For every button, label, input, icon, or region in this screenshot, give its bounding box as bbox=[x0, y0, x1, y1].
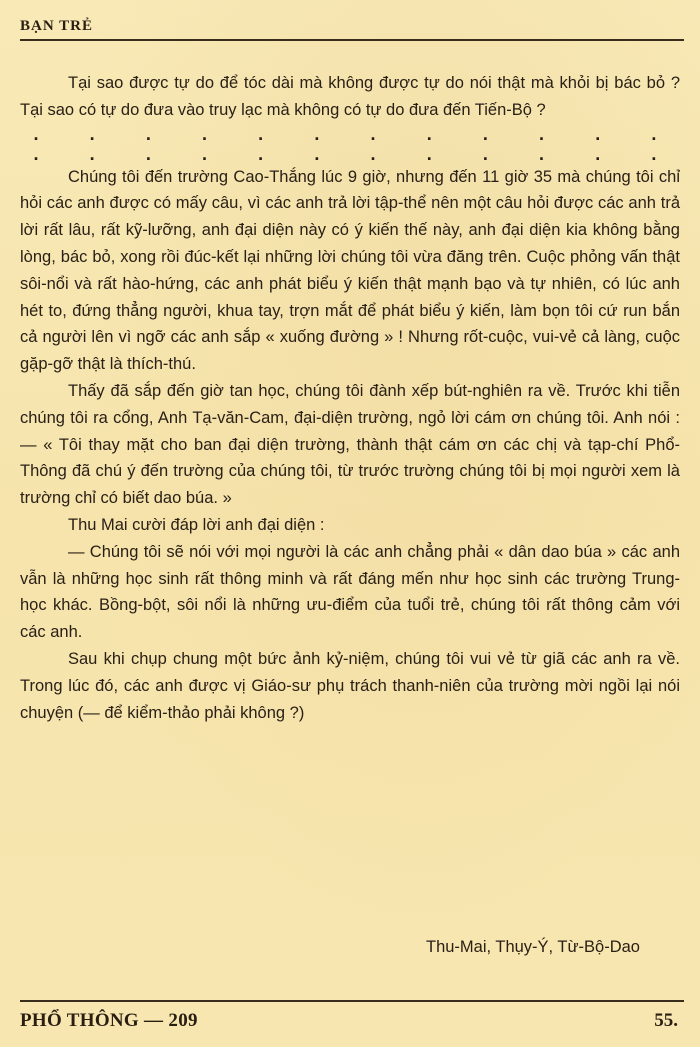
paragraph-interview: Chúng tôi đến trường Cao-Thắng lúc 9 giờ… bbox=[20, 164, 680, 378]
ellipsis-dot: . bbox=[201, 144, 209, 164]
ellipsis-dot: . bbox=[538, 144, 546, 164]
ellipsis-dot: . bbox=[481, 144, 489, 164]
ellipsis-dot: . bbox=[32, 124, 40, 144]
paragraph-closing: Sau khi chụp chung một bức ảnh kỷ-niệm, … bbox=[20, 646, 680, 726]
ellipsis-dot: . bbox=[144, 124, 152, 144]
paragraph-intro-questions: Tại sao được tự do để tóc dài mà không đ… bbox=[20, 70, 680, 124]
ellipsis-dot: . bbox=[257, 144, 265, 164]
article-body: Tại sao được tự do để tóc dài mà không đ… bbox=[20, 70, 680, 726]
ellipsis-dot: . bbox=[257, 124, 265, 144]
ellipsis-dot: . bbox=[88, 124, 96, 144]
section-label: BẠN TRẺ bbox=[20, 18, 93, 35]
ellipsis-dot: . bbox=[650, 124, 658, 144]
ellipsis-row: . . . . . . . . . . . . bbox=[20, 124, 680, 144]
page-header: BẠN TRẺ bbox=[20, 18, 684, 42]
paragraph-thu-mai-reply: — Chúng tôi sẽ nói với mọi người là các … bbox=[20, 539, 680, 646]
ellipsis-dot: . bbox=[313, 124, 321, 144]
page-number: 55. bbox=[654, 1010, 678, 1032]
ellipsis-dot: . bbox=[594, 144, 602, 164]
ellipsis-dot: . bbox=[650, 144, 658, 164]
ellipsis-dot: . bbox=[594, 124, 602, 144]
footer-rule bbox=[20, 1000, 684, 1002]
ellipsis-dot: . bbox=[369, 124, 377, 144]
header-rule bbox=[20, 39, 684, 41]
ellipsis-dot: . bbox=[201, 124, 209, 144]
ellipsis-dot: . bbox=[369, 144, 377, 164]
ellipsis-dot: . bbox=[144, 144, 152, 164]
ellipsis-row: . . . . . . . . . . . . bbox=[20, 144, 680, 164]
paragraph-thu-mai-reply-intro: Thu Mai cười đáp lời anh đại diện : bbox=[20, 512, 680, 539]
paragraph-farewell: Thấy đã sắp đến giờ tan học, chúng tôi đ… bbox=[20, 378, 680, 512]
ellipsis-dot: . bbox=[538, 124, 546, 144]
author-signature: Thu-Mai, Thụy-Ý, Từ-Bộ-Dao bbox=[426, 938, 640, 957]
ellipsis-dot: . bbox=[481, 124, 489, 144]
ellipsis-dot: . bbox=[313, 144, 321, 164]
ellipsis-dot: . bbox=[32, 144, 40, 164]
ellipsis-dot: . bbox=[425, 124, 433, 144]
ellipsis-dot: . bbox=[425, 144, 433, 164]
magazine-page: BẠN TRẺ Tại sao được tự do để tóc dài mà… bbox=[0, 0, 700, 1047]
ellipsis-dot: . bbox=[88, 144, 96, 164]
publication-issue: PHỔ THÔNG — 209 bbox=[20, 1010, 198, 1032]
